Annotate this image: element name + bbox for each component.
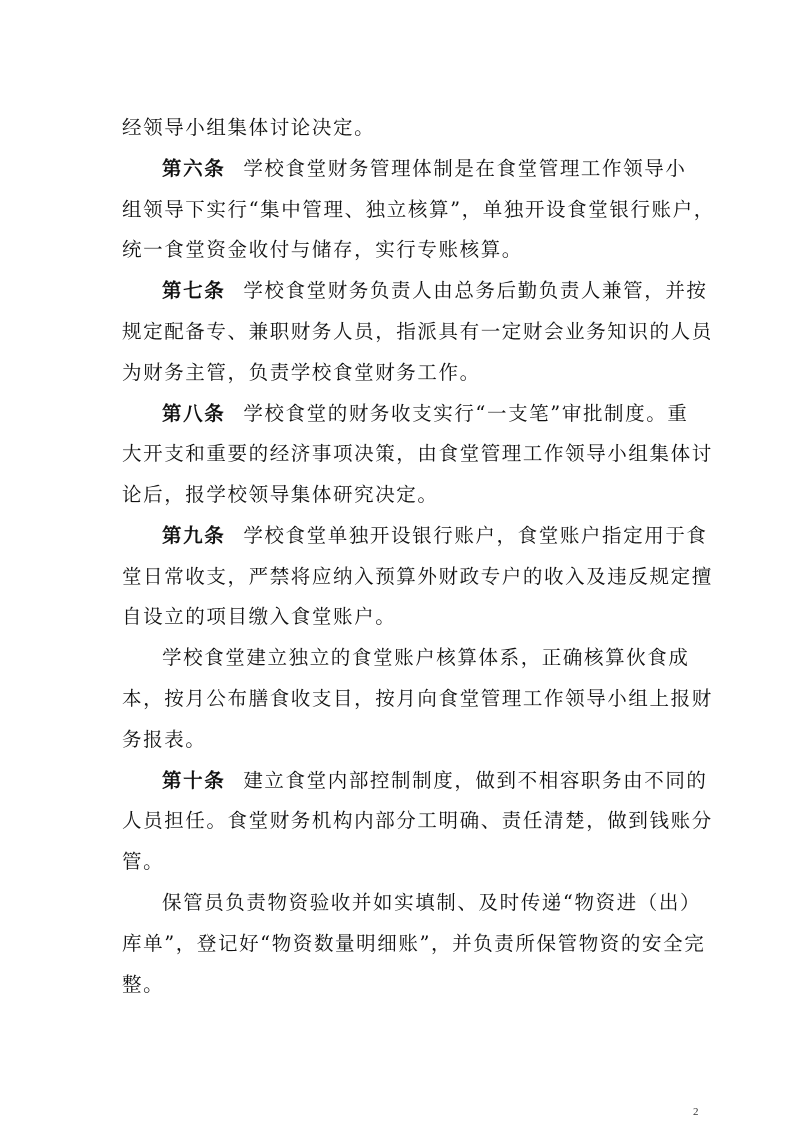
- line-text: 规定配备专、兼职财务人员，指派具有一定财会业务知识的人员: [122, 320, 713, 343]
- text-line: 人员担任。食堂财务机构内部分工明确、责任清楚，做到钱账分: [122, 809, 702, 833]
- text-line: 论后，报学校领导集体研究决定。: [122, 483, 702, 507]
- article-6-heading-line: 第六条学校食堂财务管理体制是在食堂管理工作领导小: [162, 157, 742, 181]
- text-line: 大开支和重要的经济事项决策，由食堂管理工作领导小组集体讨: [122, 442, 702, 466]
- line-text: 学校食堂财务管理体制是在食堂管理工作领导小: [243, 157, 686, 180]
- line-text: 建立食堂内部控制制度，做到不相容职务由不同的: [243, 769, 707, 792]
- text-line: 堂日常收支，严禁将应纳入预算外财政专户的收入及违反规定擅: [122, 565, 702, 589]
- text-line: 规定配备专、兼职财务人员，指派具有一定财会业务知识的人员: [122, 320, 702, 344]
- text-line: 管。: [122, 850, 702, 874]
- line-text: 组领导下实行“集中管理、独立核算”，单独开设食堂银行账户，: [122, 198, 715, 221]
- text-line: 自设立的项目缴入食堂账户。: [122, 605, 702, 629]
- page-number: 2: [693, 1106, 699, 1118]
- line-text: 为财务主管，负责学校食堂财务工作。: [122, 361, 481, 384]
- line-text: 学校食堂财务负责人由总务后勤负责人兼管，并按: [243, 279, 707, 302]
- line-text: 管。: [122, 850, 164, 873]
- line-text: 务报表。: [122, 728, 206, 751]
- text-line: 组领导下实行“集中管理、独立核算”，单独开设食堂银行账户，: [122, 198, 702, 222]
- line-text: 论后，报学校领导集体研究决定。: [122, 483, 439, 506]
- line-text: 统一食堂资金收付与储存，实行专账核算。: [122, 238, 523, 261]
- line-text: 本，按月公布膳食收支目，按月向食堂管理工作领导小组上报财: [122, 687, 713, 710]
- line-text: 大开支和重要的经济事项决策，由食堂管理工作领导小组集体讨: [122, 442, 713, 465]
- line-text: 保管员负责物资验收并如实填制、及时传递“物资进（出）: [162, 891, 701, 914]
- paragraph-first-line: 学校食堂建立独立的食堂账户核算体系，正确核算伙食成: [162, 646, 742, 670]
- line-text: 库单”，登记好“物资数量明细账”，并负责所保管物资的安全完: [122, 932, 705, 955]
- article-label: 第七条: [162, 279, 225, 302]
- text-line: 为财务主管，负责学校食堂财务工作。: [122, 361, 702, 385]
- article-label: 第十条: [162, 769, 225, 792]
- text-line: 统一食堂资金收付与储存，实行专账核算。: [122, 238, 702, 262]
- line-text: 学校食堂建立独立的食堂账户核算体系，正确核算伙食成: [162, 646, 690, 669]
- text-line: 本，按月公布膳食收支目，按月向食堂管理工作领导小组上报财: [122, 687, 702, 711]
- line-text: 经领导小组集体讨论决定。: [122, 116, 375, 139]
- text-line: 库单”，登记好“物资数量明细账”，并负责所保管物资的安全完: [122, 932, 702, 956]
- document-page: 经领导小组集体讨论决定。 第六条学校食堂财务管理体制是在食堂管理工作领导小 组领…: [0, 0, 800, 1131]
- paragraph-first-line: 保管员负责物资验收并如实填制、及时传递“物资进（出）: [162, 891, 742, 915]
- line-text: 自设立的项目缴入食堂账户。: [122, 605, 396, 628]
- text-line: 务报表。: [122, 728, 702, 752]
- article-label: 第八条: [162, 402, 225, 425]
- text-line: 整。: [122, 973, 702, 997]
- article-7-heading-line: 第七条学校食堂财务负责人由总务后勤负责人兼管，并按: [162, 279, 742, 303]
- line-text: 整。: [122, 973, 164, 996]
- line-text: 学校食堂的财务收支实行“一支笔”审批制度。重: [243, 402, 688, 425]
- line-text: 人员担任。食堂财务机构内部分工明确、责任清楚，做到钱账分: [122, 809, 713, 832]
- line-text: 学校食堂单独开设银行账户，食堂账户指定用于食: [243, 524, 707, 547]
- article-label: 第九条: [162, 524, 225, 547]
- article-9-heading-line: 第九条学校食堂单独开设银行账户，食堂账户指定用于食: [162, 524, 742, 548]
- text-line: 经领导小组集体讨论决定。: [122, 116, 702, 140]
- article-10-heading-line: 第十条建立食堂内部控制制度，做到不相容职务由不同的: [162, 769, 742, 793]
- line-text: 堂日常收支，严禁将应纳入预算外财政专户的收入及违反规定擅: [122, 565, 713, 588]
- article-label: 第六条: [162, 157, 225, 180]
- article-8-heading-line: 第八条学校食堂的财务收支实行“一支笔”审批制度。重: [162, 402, 742, 426]
